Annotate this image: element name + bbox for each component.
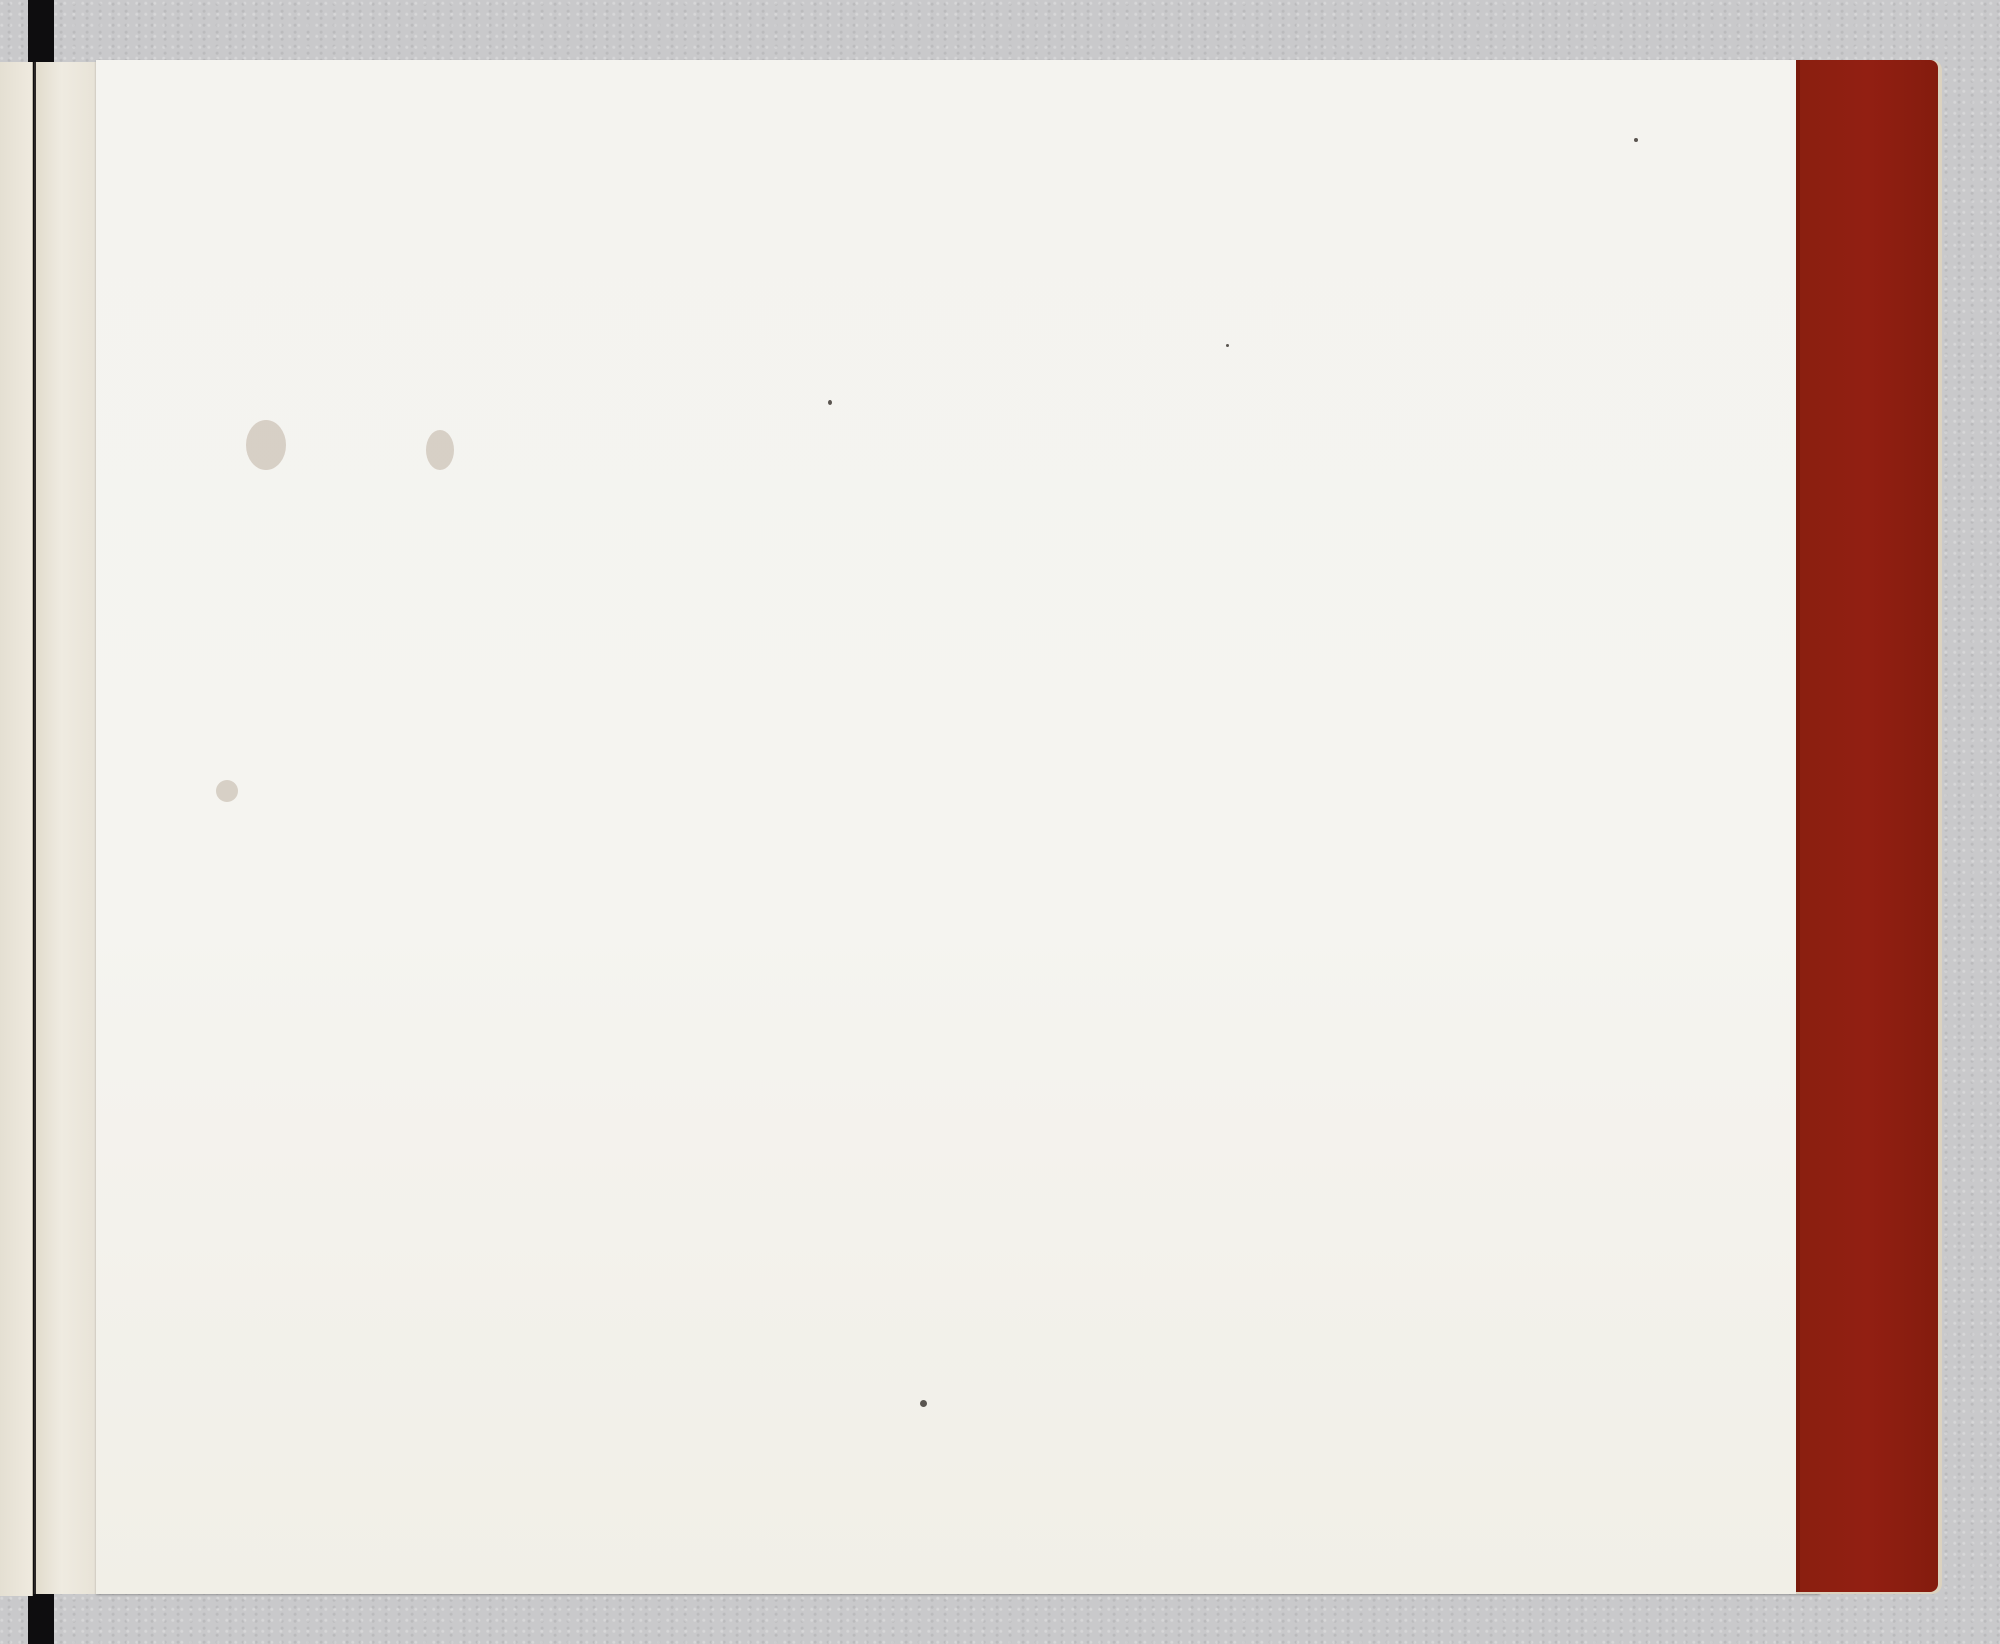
foxing-spot xyxy=(426,430,454,470)
foxing-spot xyxy=(246,420,286,470)
ink-speck xyxy=(1226,344,1229,347)
ink-speck xyxy=(828,400,832,405)
blank-album-page xyxy=(96,60,1820,1594)
red-band-edge xyxy=(1796,60,1800,1592)
ink-speck xyxy=(920,1400,927,1407)
ink-speck xyxy=(1634,138,1638,142)
red-cover-band xyxy=(1796,60,1938,1592)
page-gutter xyxy=(34,62,100,1594)
previous-page-edge xyxy=(0,62,33,1596)
foxing-spot xyxy=(216,780,238,802)
